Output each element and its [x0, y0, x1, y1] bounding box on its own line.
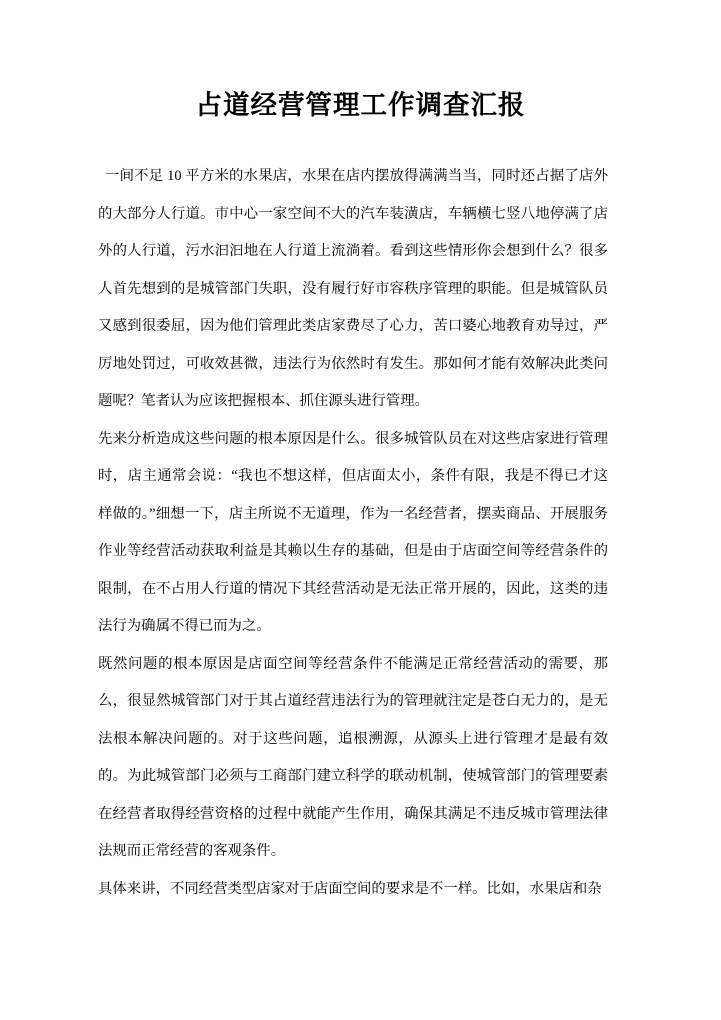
- paragraph-1: 一间不足 10 平方米的水果店，水果在店内摆放得满满当当，同时还占据了店外的大部…: [98, 158, 608, 421]
- paragraph-2: 先来分析造成这些问题的根本原因是什么。很多城管队员在对这些店家进行管理时，店主通…: [98, 421, 608, 646]
- document-title: 占道经营管理工作调查汇报: [0, 0, 721, 124]
- document-page: 占道经营管理工作调查汇报 一间不足 10 平方米的水果店，水果在店内摆放得满满当…: [0, 0, 721, 1020]
- paragraph-3: 既然问题的根本原因是店面空间等经营条件不能满足正常经营活动的需要，那么，很显然城…: [98, 646, 608, 871]
- document-body: 一间不足 10 平方米的水果店，水果在店内摆放得满满当当，同时还占据了店外的大部…: [98, 158, 608, 908]
- paragraph-4: 具体来讲，不同经营类型店家对于店面空间的要求是不一样。比如，水果店和杂: [98, 871, 608, 909]
